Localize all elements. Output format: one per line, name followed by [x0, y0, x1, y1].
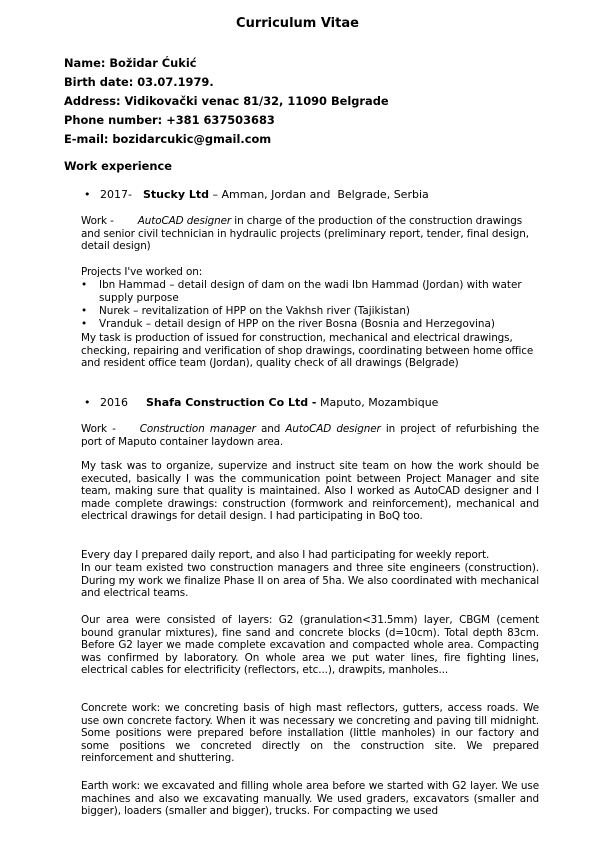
- phone-line: Phone number: +381 637503683: [64, 113, 275, 127]
- job-description-shafa: Work -Construction manager and AutoCAD d…: [81, 423, 539, 448]
- role-join: and: [256, 423, 286, 435]
- job-description-stucky: Work -AutoCAD designer in charge of the …: [81, 215, 539, 253]
- cv-page: Curriculum Vitae Name: Božidar Ćukić Bir…: [0, 0, 595, 842]
- address-line: Address: Vidikovački venac 81/32, 11090 …: [64, 94, 389, 108]
- job-role: AutoCAD designer: [138, 215, 231, 227]
- projects-label: Projects I've worked on:: [81, 266, 539, 279]
- job-company: Shafa Construction Co Ltd -: [146, 396, 317, 409]
- paragraph-team: In our team existed two construction man…: [81, 562, 539, 600]
- job-task-stucky: My task is production of issued for cons…: [81, 332, 539, 370]
- job-year: 2016: [100, 396, 146, 409]
- work-prefix: Work -: [81, 215, 114, 227]
- paragraph-concrete: Concrete work: we concreting basis of hi…: [81, 702, 539, 765]
- name-line: Name: Božidar Ćukić: [64, 56, 197, 70]
- birth-date-line: Birth date: 03.07.1979.: [64, 75, 214, 89]
- list-item: Vranduk – detail design of HPP on the ri…: [81, 318, 541, 331]
- job-company: Stucky Ltd: [143, 188, 209, 201]
- job-year: 2017-: [100, 188, 143, 201]
- bullet-icon: •: [84, 396, 100, 409]
- email-line: E-mail: bozidarcukic@gmail.com: [64, 132, 271, 146]
- job-location: – Amman, Jordan and Belgrade, Serbia: [209, 188, 429, 201]
- work-experience-heading: Work experience: [64, 159, 172, 173]
- job-role-2: AutoCAD designer: [285, 423, 380, 435]
- paragraph-earth-work: Earth work: we excavated and filling who…: [81, 780, 539, 818]
- paragraph-daily-report: Every day I prepared daily report, and a…: [81, 549, 539, 562]
- bullet-icon: •: [84, 188, 100, 201]
- projects-list: Ibn Hammad – detail design of dam on the…: [81, 279, 541, 331]
- job-header-stucky: •2017-Stucky Ltd – Amman, Jordan and Bel…: [84, 188, 429, 201]
- paragraph-task: My task was to organize, supervize and i…: [81, 460, 539, 523]
- job-location: Maputo, Mozambique: [317, 396, 439, 409]
- document-title: Curriculum Vitae: [0, 16, 595, 31]
- list-item: Nurek – revitalization of HPP on the Vak…: [81, 305, 541, 318]
- job-header-shafa: •2016Shafa Construction Co Ltd - Maputo,…: [84, 396, 438, 409]
- list-item: Ibn Hammad – detail design of dam on the…: [81, 279, 541, 305]
- paragraph-layers: Our area were consisted of layers: G2 (g…: [81, 614, 539, 677]
- job-role: Construction manager: [140, 423, 256, 435]
- work-prefix: Work -: [81, 423, 116, 435]
